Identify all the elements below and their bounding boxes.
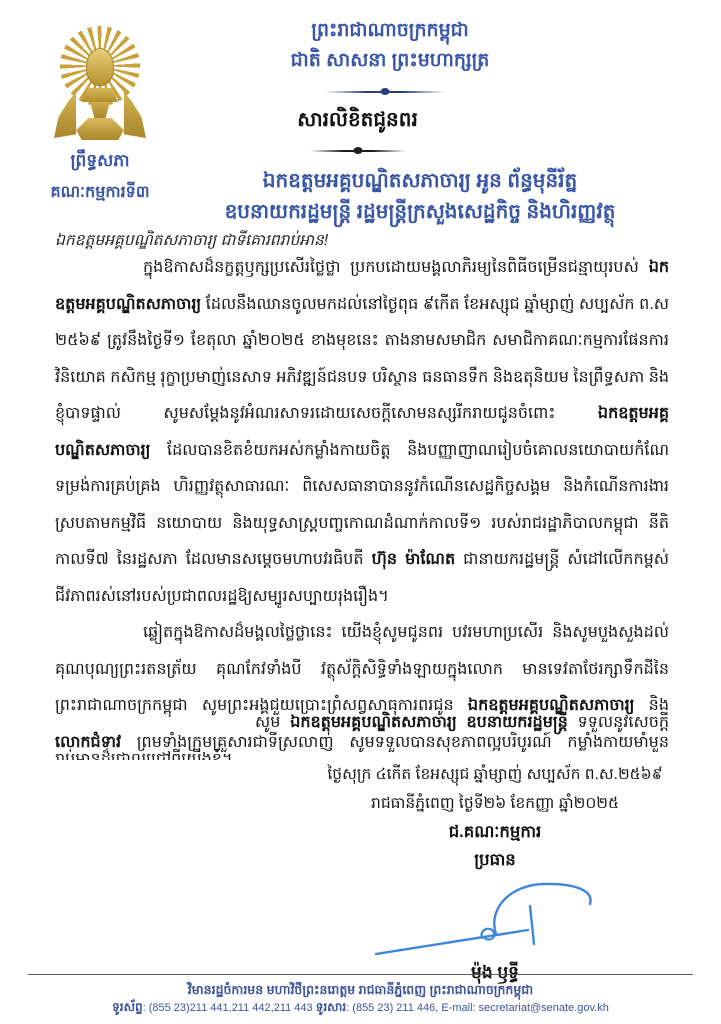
body-text-segment-bold: ឯកឧត្តមអគ្គបណ្ឌិតសភាចារ្យ ឧបនាយករដ្ឋមន្ត… <box>290 714 568 731</box>
on-behalf-line: ជ.គណៈកម្មការ <box>300 822 690 846</box>
letter-type-heading: សារលិខិតជូនពរ <box>150 106 565 136</box>
body-text-segment: ក្នុងឱកាសដ៏នក្ខត្តឫក្សប្រសើរថ្លៃថ្លា ប្រ… <box>143 259 649 276</box>
signature-block: ថ្ងៃសុក្រ ៤កើត ខែអស្សុជ ឆ្នាំម្សាញ់ សប្ប… <box>300 760 690 987</box>
closing-paragraph-wrap: សូម ឯកឧត្តមអគ្គបណ្ឌិតសភាចារ្យ ឧបនាយករដ្ឋ… <box>55 704 669 760</box>
page-footer: វិមានរដ្ឋចំការមន មហាវិថីព្រះនរោត្តម រាជធ… <box>0 968 721 1024</box>
signature-icon <box>300 876 690 962</box>
body-text-segment: ដែលនឹងឈានចូលមកដល់នៅថ្ងៃពុធ ៩កើត ខែអស្សុជ… <box>55 296 669 423</box>
phone-label: ទូរស័ព្ទ <box>112 1000 142 1014</box>
closing-paragraph: សូម ឯកឧត្តមអគ្គបណ្ឌិតសភាចារ្យ ឧបនាយករដ្ឋ… <box>55 704 669 760</box>
divider-gem <box>381 88 390 95</box>
phone-numbers: : (855 23)211 441,211 442,211 443 <box>143 1002 316 1014</box>
fax-label: ទូរសារ <box>316 1000 346 1014</box>
motto-line-2: ជាតិ សាសនា ព្រះមហាក្សត្រ <box>160 46 620 76</box>
footer-divider-line <box>28 974 693 975</box>
motto-line-1: ព្រះរាជាណាចក្រកម្ពុជា <box>160 16 620 46</box>
emblem-pedestal-base <box>76 118 124 140</box>
divider-ornament-top <box>325 88 445 91</box>
date-line-gregorian: រាជធានីភ្នំពេញ ថ្ងៃទី២៦ ខែកញ្ញា ឆ្នាំ២០២… <box>300 789 690 818</box>
fax-and-email: : (855 23) 211 446, E-mail: secretariat@… <box>346 1002 609 1014</box>
letter-page: ព្រឹទ្ធសភា គណៈកម្មការទី៣ ព្រះរាជាណាចក្រក… <box>0 0 721 1024</box>
national-motto: ព្រះរាជាណាចក្រកម្ពុជា ជាតិ សាសនា ព្រះមហា… <box>160 16 620 76</box>
recipient-title-line-1: ឯកឧត្តមអគ្គបណ្ឌិតសភាចារ្យ អូន ព័ន្ធមុនីរ… <box>130 166 710 197</box>
recipient-title: ឯកឧត្តមអគ្គបណ្ឌិតសភាចារ្យ អូន ព័ន្ធមុនីរ… <box>130 166 710 228</box>
emblem-pedestal-stem <box>90 102 110 118</box>
signer-title: ប្រធាន <box>300 850 690 874</box>
divider-ornament-heading <box>310 147 406 150</box>
body-text-segment: ដែលបានខិតខំយកអស់កម្លាំងកាយចិត្ត និងបញ្ញា… <box>55 442 669 569</box>
royal-sunburst-emblem-icon <box>58 26 142 144</box>
paragraph-1: ក្នុងឱកាសដ៏នក្ខត្តឫក្សប្រសើរថ្លៃថ្លា ប្រ… <box>55 250 669 615</box>
divider-gem <box>354 147 363 154</box>
date-line-buddhist: ថ្ងៃសុក្រ ៤កើត ខែអស្សុជ ឆ្នាំម្សាញ់ សប្ប… <box>300 760 690 789</box>
emblem-medallion <box>86 48 114 86</box>
emblem-ornament-right <box>124 92 146 138</box>
body-text-segment: សូម <box>255 714 290 731</box>
letter-body: ក្នុងឱកាសដ៏នក្ខត្តឫក្សប្រសើរថ្លៃថ្លា ប្រ… <box>55 250 669 758</box>
recipient-title-line-2: ឧបនាយករដ្ឋមន្ត្រី រដ្ឋមន្ត្រីក្រសួងសេដ្ឋ… <box>130 197 710 228</box>
footer-address: វិមានរដ្ឋចំការមន មហាវិថីព្រះនរោត្តម រាជធ… <box>28 982 693 999</box>
signature-strokes <box>370 876 620 962</box>
emblem-ornament-left <box>54 92 76 138</box>
body-text-segment-bold: ហ៊ុន ម៉ាណែត <box>372 551 455 568</box>
footer-contact: ទូរស័ព្ទ: (855 23)211 441,211 442,211 44… <box>28 999 693 1016</box>
